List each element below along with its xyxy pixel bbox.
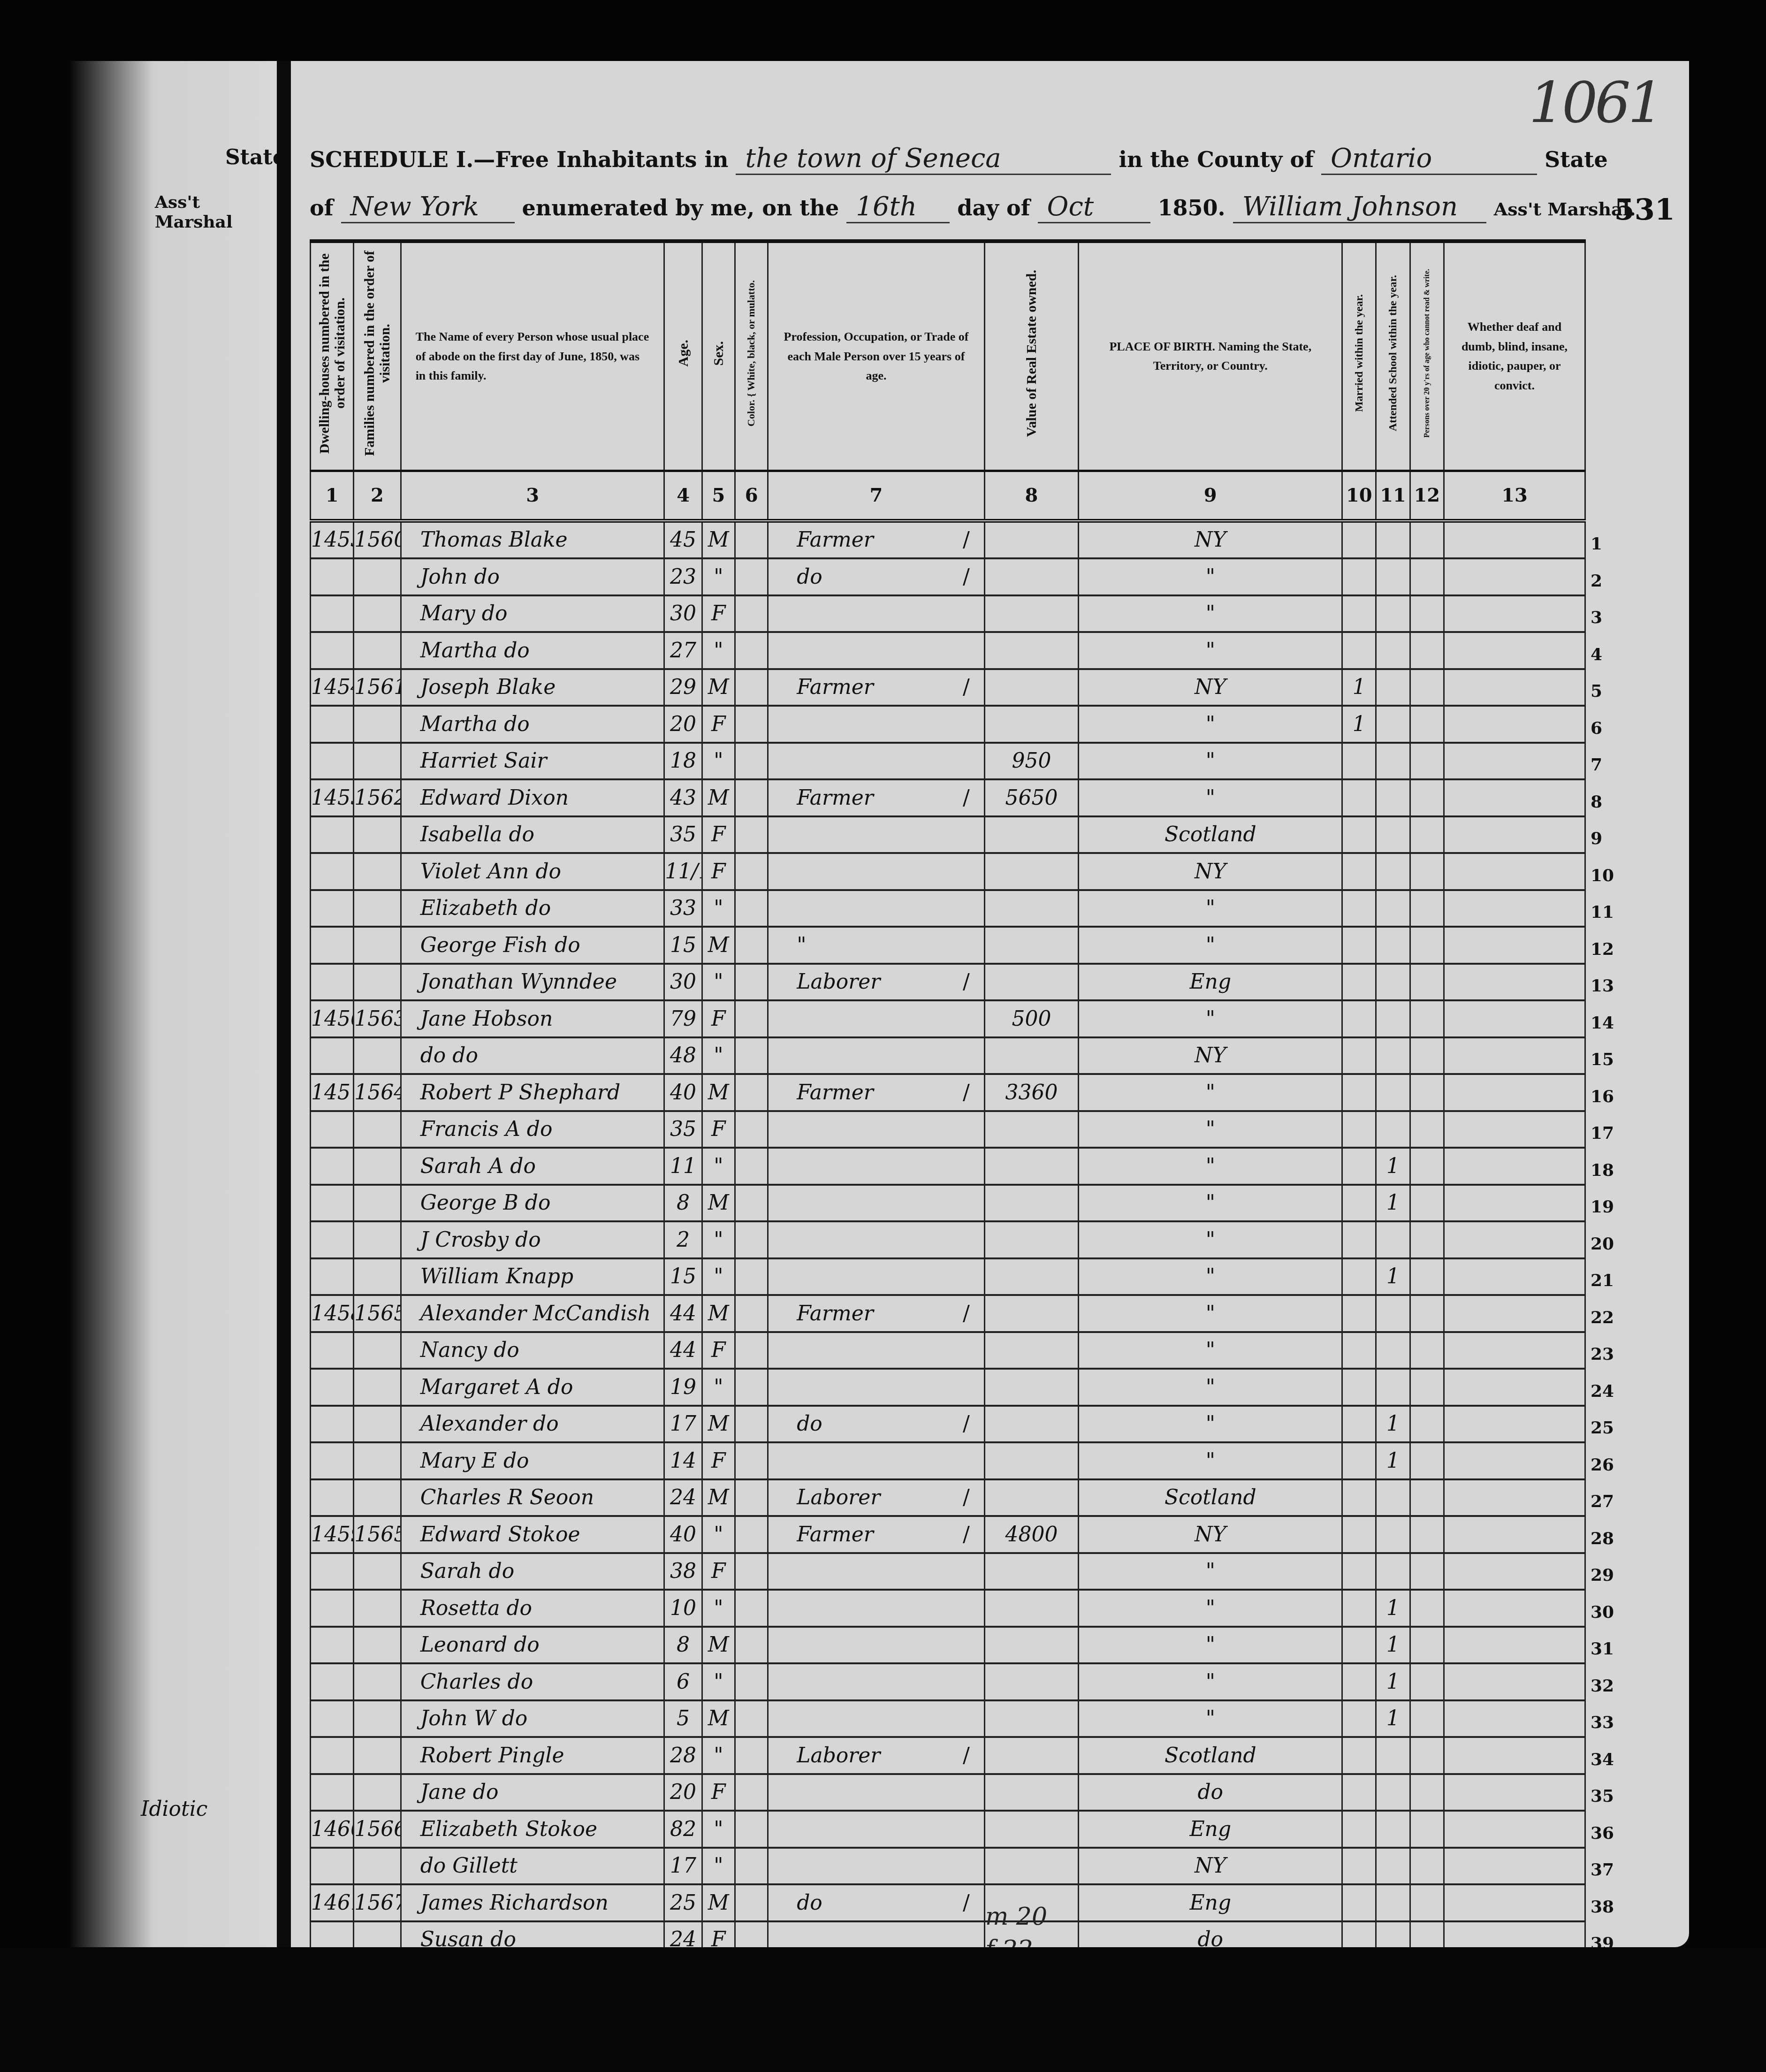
dwelling-cell — [311, 964, 354, 1001]
col-header-sex: Sex. — [702, 241, 735, 471]
birthplace-cell: " — [1079, 1369, 1342, 1406]
age-cell: 8 — [664, 1627, 702, 1664]
real-estate-cell — [984, 1111, 1079, 1148]
age-cell: 15 — [664, 1258, 702, 1295]
married-cell — [1342, 1884, 1376, 1921]
occupation-cell — [768, 1369, 985, 1406]
occupation-cell — [768, 743, 985, 780]
sex-cell: " — [702, 890, 735, 927]
school-cell — [1376, 1221, 1410, 1258]
condition-cell — [1444, 1848, 1585, 1885]
line-number: 13 — [1591, 967, 1647, 1005]
sex-cell: F — [702, 853, 735, 890]
sex-cell: F — [702, 1442, 735, 1479]
dwelling-cell: 1454 — [311, 669, 354, 706]
sex-cell: M — [702, 521, 735, 559]
occupation-cell: do/ — [768, 1406, 985, 1443]
married-cell — [1342, 1037, 1376, 1074]
sex-cell: " — [702, 1148, 735, 1185]
school-cell — [1376, 1774, 1410, 1811]
name-cell: do do — [401, 1037, 664, 1074]
birthplace-cell: " — [1079, 1148, 1342, 1185]
married-cell — [1342, 1627, 1376, 1664]
age-cell: 20 — [664, 1774, 702, 1811]
school-cell — [1376, 1848, 1410, 1885]
real-estate-cell: 500 — [984, 1000, 1079, 1037]
school-cell: 1 — [1376, 1258, 1410, 1295]
real-estate-cell — [984, 1295, 1079, 1332]
enumerated-label: enumerated by me, on the — [522, 195, 839, 221]
dwelling-cell — [311, 816, 354, 853]
name-cell: Francis A do — [401, 1111, 664, 1148]
school-cell: 1 — [1376, 1627, 1410, 1664]
condition-cell — [1444, 1037, 1585, 1074]
age-cell: 40 — [664, 1516, 702, 1553]
married-cell — [1342, 1479, 1376, 1516]
occupation-cell: Laborer/ — [768, 964, 985, 1001]
school-cell — [1376, 706, 1410, 743]
color-cell — [735, 1553, 768, 1590]
family-cell — [354, 1406, 401, 1443]
age-cell: 17 — [664, 1848, 702, 1885]
dwelling-cell — [311, 927, 354, 964]
col-header-illiterate: Persons over 20 y'rs of age who cannot r… — [1410, 241, 1444, 471]
condition-cell — [1444, 816, 1585, 853]
census-page: 1061 SCHEDULE I.—Free Inhabitants in the… — [291, 61, 1689, 1947]
color-cell — [735, 1516, 768, 1553]
table-row: Martha do20F"1 — [311, 706, 1585, 743]
line-number: 7 — [1591, 747, 1647, 784]
school-cell: 1 — [1376, 1700, 1410, 1737]
table-row: 14541561Joseph Blake29MFarmer/NY1 — [311, 669, 1585, 706]
condition-cell — [1444, 595, 1585, 632]
family-cell — [354, 1848, 401, 1885]
age-cell: 6 — [664, 1663, 702, 1700]
illiterate-cell — [1410, 1627, 1444, 1664]
name-cell: Joseph Blake — [401, 669, 664, 706]
illiterate-cell — [1410, 1479, 1444, 1516]
color-cell — [735, 853, 768, 890]
color-cell — [735, 1332, 768, 1369]
condition-cell — [1444, 1516, 1585, 1553]
occupation-cell: Laborer/ — [768, 1737, 985, 1774]
table-row: Jane do20Fdo — [311, 1774, 1585, 1811]
color-cell — [735, 890, 768, 927]
name-cell: Margaret A do — [401, 1369, 664, 1406]
age-cell: 25 — [664, 1884, 702, 1921]
color-cell — [735, 779, 768, 816]
color-cell — [735, 1663, 768, 1700]
age-cell: 17 — [664, 1406, 702, 1443]
birthplace-cell: Scotland — [1079, 1737, 1342, 1774]
name-cell: Alexander McCandish — [401, 1295, 664, 1332]
illiterate-cell — [1410, 1663, 1444, 1700]
sex-cell: " — [702, 1590, 735, 1627]
married-cell — [1342, 558, 1376, 595]
illiterate-cell — [1410, 1884, 1444, 1921]
illiterate-cell — [1410, 1369, 1444, 1406]
married-cell — [1342, 890, 1376, 927]
sex-cell: F — [702, 1000, 735, 1037]
occupation-cell — [768, 1627, 985, 1664]
dwelling-cell — [311, 706, 354, 743]
illiterate-cell — [1410, 1737, 1444, 1774]
real-estate-cell — [984, 521, 1079, 559]
real-estate-cell: 4800 — [984, 1516, 1079, 1553]
line-number: 21 — [1591, 1262, 1647, 1299]
illiterate-cell — [1410, 1848, 1444, 1885]
dwelling-cell — [311, 1037, 354, 1074]
condition-cell — [1444, 706, 1585, 743]
condition-cell — [1444, 1774, 1585, 1811]
color-cell — [735, 1848, 768, 1885]
name-cell: Isabella do — [401, 816, 664, 853]
occupation-cell — [768, 1848, 985, 1885]
school-cell — [1376, 853, 1410, 890]
real-estate-cell — [984, 853, 1079, 890]
illiterate-cell — [1410, 1811, 1444, 1848]
line-number: 29 — [1591, 1557, 1647, 1594]
dwelling-cell: 1461 — [311, 1884, 354, 1921]
birthplace-cell: NY — [1079, 1037, 1342, 1074]
dwelling-cell — [311, 1848, 354, 1885]
illiterate-cell — [1410, 1332, 1444, 1369]
table-row: 14601566Elizabeth Stokoe82"Eng — [311, 1811, 1585, 1848]
male-tick-mark: / — [963, 565, 970, 589]
condition-cell — [1444, 927, 1585, 964]
occupation-cell — [768, 706, 985, 743]
dwelling-cell — [311, 1442, 354, 1479]
sex-cell: F — [702, 706, 735, 743]
table-row: George B do8M"1 — [311, 1185, 1585, 1222]
illiterate-cell — [1410, 1553, 1444, 1590]
illiterate-cell — [1410, 521, 1444, 559]
birthplace-cell: " — [1079, 1258, 1342, 1295]
occupation-cell — [768, 595, 985, 632]
name-cell: Thomas Blake — [401, 521, 664, 559]
birthplace-cell: NY — [1079, 521, 1342, 559]
school-cell — [1376, 1295, 1410, 1332]
sex-cell: M — [702, 1074, 735, 1111]
county-label: in the County of — [1119, 147, 1314, 172]
dwelling-cell — [311, 1148, 354, 1185]
real-estate-cell — [984, 927, 1079, 964]
state-field: New York — [341, 191, 515, 223]
dwelling-cell: 1456 — [311, 1000, 354, 1037]
birthplace-cell: Eng — [1079, 1884, 1342, 1921]
illiterate-cell — [1410, 1111, 1444, 1148]
family-cell — [354, 1037, 401, 1074]
condition-cell — [1444, 1553, 1585, 1590]
line-number: 37 — [1591, 1851, 1647, 1889]
sex-cell: " — [702, 1516, 735, 1553]
illiterate-cell — [1410, 632, 1444, 669]
line-number: 12 — [1591, 931, 1647, 968]
name-cell: John W do — [401, 1700, 664, 1737]
occupation-cell — [768, 1037, 985, 1074]
day-label: day of — [957, 195, 1030, 221]
place-field: the town of Seneca — [736, 143, 1111, 175]
real-estate-cell — [984, 1442, 1079, 1479]
occupation-cell — [768, 1442, 985, 1479]
table-row: 14561563Jane Hobson79F500" — [311, 1000, 1585, 1037]
color-cell — [735, 632, 768, 669]
condition-cell — [1444, 779, 1585, 816]
birthplace-cell: " — [1079, 1663, 1342, 1700]
birthplace-cell: " — [1079, 1627, 1342, 1664]
dwelling-cell — [311, 890, 354, 927]
month-field: Oct — [1038, 191, 1150, 223]
illiterate-cell — [1410, 1295, 1444, 1332]
married-cell — [1342, 927, 1376, 964]
dwelling-cell: 1457 — [311, 1074, 354, 1111]
table-row: Jonathan Wynndee30"Laborer/Eng — [311, 964, 1585, 1001]
real-estate-cell — [984, 1479, 1079, 1516]
name-cell: Edward Stokoe — [401, 1516, 664, 1553]
birthplace-cell: Eng — [1079, 964, 1342, 1001]
age-cell: 28 — [664, 1737, 702, 1774]
sex-cell: M — [702, 1479, 735, 1516]
tally-male: m 20 — [985, 1900, 1047, 1933]
birthplace-cell: " — [1079, 779, 1342, 816]
age-cell: 38 — [664, 1553, 702, 1590]
col-header-school: Attended School within the year. — [1376, 241, 1410, 471]
name-cell: Harriet Sair — [401, 743, 664, 780]
occupation-cell: do/ — [768, 1884, 985, 1921]
color-cell — [735, 1442, 768, 1479]
sex-cell: " — [702, 558, 735, 595]
occupation-cell: Farmer/ — [768, 1074, 985, 1111]
color-cell — [735, 1627, 768, 1664]
occupation-cell: Farmer/ — [768, 669, 985, 706]
page-stamp: 1061 — [1529, 70, 1661, 136]
family-cell — [354, 1258, 401, 1295]
table-row: Robert Pingle28"Laborer/Scotland — [311, 1737, 1585, 1774]
real-estate-cell — [984, 1663, 1079, 1700]
dwelling-cell — [311, 632, 354, 669]
real-estate-cell — [984, 1553, 1079, 1590]
header-line-1: SCHEDULE I.—Free Inhabitants in the town… — [310, 143, 1608, 175]
real-estate-cell — [984, 706, 1079, 743]
age-cell: 2 — [664, 1221, 702, 1258]
sex-cell: " — [702, 1258, 735, 1295]
left-marshal-label: Ass't Marshal — [155, 192, 277, 232]
married-cell — [1342, 1553, 1376, 1590]
real-estate-cell — [984, 1848, 1079, 1885]
color-cell — [735, 1000, 768, 1037]
name-cell: William Knapp — [401, 1258, 664, 1295]
birthplace-cell: " — [1079, 595, 1342, 632]
name-cell: Martha do — [401, 706, 664, 743]
condition-cell — [1444, 1590, 1585, 1627]
census-table: Dwelling-houses numbered in the order of… — [310, 239, 1586, 2070]
age-cell: 48 — [664, 1037, 702, 1074]
family-cell — [354, 1185, 401, 1222]
family-cell — [354, 853, 401, 890]
sex-cell: F — [702, 816, 735, 853]
condition-cell — [1444, 1258, 1585, 1295]
occupation-cell — [768, 1663, 985, 1700]
illiterate-cell — [1410, 1406, 1444, 1443]
line-number: 14 — [1591, 1005, 1647, 1042]
col-header-family: Families numbered in the order of visita… — [354, 241, 401, 471]
birthplace-cell: " — [1079, 632, 1342, 669]
color-cell — [735, 1590, 768, 1627]
dwelling-cell — [311, 1737, 354, 1774]
age-cell: 29 — [664, 669, 702, 706]
condition-cell — [1444, 1663, 1585, 1700]
married-cell — [1342, 632, 1376, 669]
table-row: Alexander do17Mdo/"1 — [311, 1406, 1585, 1443]
line-number: 8 — [1591, 784, 1647, 821]
male-tick-mark: / — [963, 1744, 970, 1767]
color-cell — [735, 1111, 768, 1148]
male-tick-mark: / — [963, 1412, 970, 1436]
name-cell: Mary E do — [401, 1442, 664, 1479]
age-cell: 44 — [664, 1295, 702, 1332]
male-tick-mark: / — [963, 1081, 970, 1105]
married-cell — [1342, 816, 1376, 853]
condition-cell — [1444, 1000, 1585, 1037]
real-estate-cell: 3360 — [984, 1074, 1079, 1111]
col-header-condition: Whether deaf and dumb, blind, insane, id… — [1444, 241, 1585, 471]
name-cell: Charles do — [401, 1663, 664, 1700]
table-row: 14571564Robert P Shephard40MFarmer/3360" — [311, 1074, 1585, 1111]
table-row: 14531560Thomas Blake45MFarmer/NY — [311, 521, 1585, 559]
birthplace-cell: do — [1079, 1774, 1342, 1811]
condition-cell — [1444, 1221, 1585, 1258]
line-number: 18 — [1591, 1152, 1647, 1189]
birthplace-cell: " — [1079, 890, 1342, 927]
married-cell — [1342, 1774, 1376, 1811]
dwelling-cell — [311, 1479, 354, 1516]
real-estate-cell — [984, 1332, 1079, 1369]
name-cell: Nancy do — [401, 1332, 664, 1369]
sex-cell: " — [702, 1811, 735, 1848]
family-cell — [354, 1663, 401, 1700]
birthplace-cell: Scotland — [1079, 816, 1342, 853]
sex-cell: M — [702, 1406, 735, 1443]
table-row: J Crosby do2"" — [311, 1221, 1585, 1258]
married-cell — [1342, 1737, 1376, 1774]
table-row: Rosetta do10""1 — [311, 1590, 1585, 1627]
sex-cell: M — [702, 1884, 735, 1921]
color-cell — [735, 743, 768, 780]
column-number-row: 123 456 789 101112 13 — [311, 471, 1585, 521]
sex-cell: F — [702, 1774, 735, 1811]
table-row: Nancy do44F" — [311, 1332, 1585, 1369]
sex-cell: M — [702, 1185, 735, 1222]
illiterate-cell — [1410, 853, 1444, 890]
col-header-color: Color. { White, black, or mulatto. — [735, 241, 768, 471]
occupation-cell — [768, 632, 985, 669]
line-numbers: 1234567891011121314151617181920212223242… — [1591, 526, 1647, 2072]
name-cell: George Fish do — [401, 927, 664, 964]
color-cell — [735, 1074, 768, 1111]
school-cell — [1376, 1074, 1410, 1111]
real-estate-cell — [984, 558, 1079, 595]
age-cell: 18 — [664, 743, 702, 780]
page-binding — [277, 61, 291, 1966]
family-cell: 1566 — [354, 1811, 401, 1848]
birthplace-cell: " — [1079, 1074, 1342, 1111]
condition-cell — [1444, 1332, 1585, 1369]
birthplace-cell: " — [1079, 743, 1342, 780]
line-number: 4 — [1591, 636, 1647, 673]
real-estate-cell — [984, 1258, 1079, 1295]
condition-cell — [1444, 1148, 1585, 1185]
color-cell — [735, 1737, 768, 1774]
table-row: do Gillett17"NY — [311, 1848, 1585, 1885]
male-tick-mark: / — [963, 786, 970, 810]
table-row: Sarah A do11""1 — [311, 1148, 1585, 1185]
occupation-cell — [768, 1000, 985, 1037]
birthplace-cell: NY — [1079, 1516, 1342, 1553]
name-cell: Alexander do — [401, 1406, 664, 1443]
dwelling-cell: 1459 — [311, 1516, 354, 1553]
dwelling-cell — [311, 1700, 354, 1737]
birthplace-cell: NY — [1079, 1848, 1342, 1885]
school-cell — [1376, 816, 1410, 853]
condition-cell — [1444, 1479, 1585, 1516]
condition-cell — [1444, 1369, 1585, 1406]
line-number: 5 — [1591, 673, 1647, 710]
name-cell: George B do — [401, 1185, 664, 1222]
dwelling-cell: 1455 — [311, 779, 354, 816]
school-cell — [1376, 521, 1410, 559]
color-cell — [735, 964, 768, 1001]
married-cell — [1342, 1111, 1376, 1148]
occupation-cell — [768, 1185, 985, 1222]
sex-cell: " — [702, 1848, 735, 1885]
illiterate-cell — [1410, 1590, 1444, 1627]
illiterate-cell — [1410, 779, 1444, 816]
family-cell — [354, 890, 401, 927]
illiterate-cell — [1410, 1516, 1444, 1553]
real-estate-cell — [984, 1406, 1079, 1443]
real-estate-cell — [984, 1811, 1079, 1848]
school-cell — [1376, 1737, 1410, 1774]
name-cell: Elizabeth do — [401, 890, 664, 927]
dwelling-cell: 1458 — [311, 1295, 354, 1332]
birthplace-cell: " — [1079, 1111, 1342, 1148]
name-cell: Violet Ann do — [401, 853, 664, 890]
dwelling-cell — [311, 1627, 354, 1664]
table-row: Mary do30F" — [311, 595, 1585, 632]
real-estate-cell — [984, 1369, 1079, 1406]
color-cell — [735, 1148, 768, 1185]
married-cell — [1342, 1848, 1376, 1885]
name-cell: Robert Pingle — [401, 1737, 664, 1774]
condition-cell — [1444, 558, 1585, 595]
age-cell: 8 — [664, 1185, 702, 1222]
color-cell — [735, 669, 768, 706]
occupation-cell — [768, 1148, 985, 1185]
married-cell — [1342, 1185, 1376, 1222]
header-line-2: of New York enumerated by me, on the 16t… — [310, 191, 1636, 223]
dwelling-cell — [311, 1221, 354, 1258]
birthplace-cell: " — [1079, 1295, 1342, 1332]
family-cell — [354, 1221, 401, 1258]
occupation-cell: Farmer/ — [768, 779, 985, 816]
family-cell — [354, 706, 401, 743]
family-cell — [354, 558, 401, 595]
family-cell: 1560 — [354, 521, 401, 559]
school-cell — [1376, 632, 1410, 669]
line-number: 1 — [1591, 526, 1647, 563]
occupation-cell — [768, 816, 985, 853]
married-cell: 1 — [1342, 669, 1376, 706]
